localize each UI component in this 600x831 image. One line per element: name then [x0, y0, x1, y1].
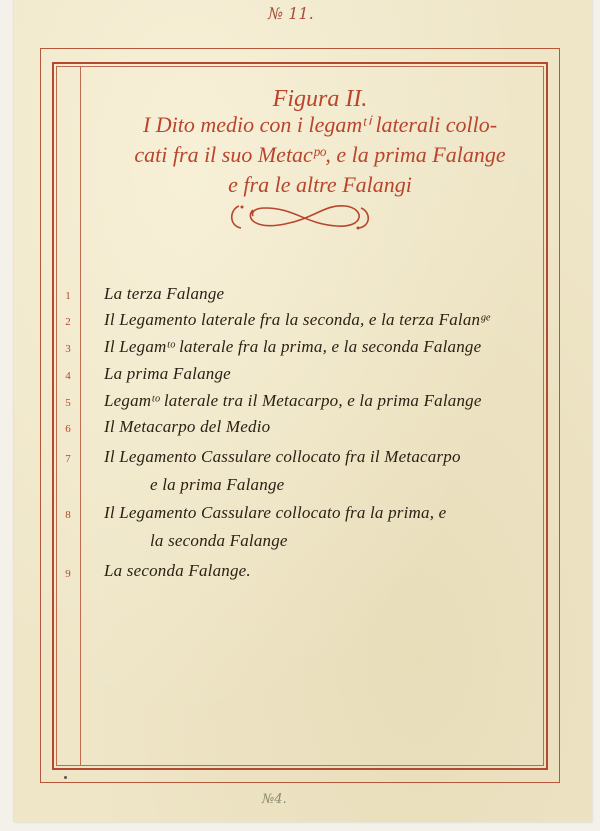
entry-number: 2	[60, 316, 76, 328]
entry-text-continuation: la seconda Falange	[150, 531, 288, 551]
entry-text: Il Legamento Cassulare collocato fra la …	[104, 503, 446, 523]
entry-text: La terza Falange	[104, 284, 224, 304]
entry-number: 7	[60, 453, 76, 465]
entry-number: 9	[60, 568, 76, 580]
inner-frame-rule	[56, 66, 544, 766]
entry-text-continuation: e la prima Falange	[150, 475, 284, 495]
entry-text: Il Legamᵗᵒ laterale fra la prima, e la s…	[104, 337, 481, 357]
figure-heading: Figura II.	[100, 86, 540, 113]
entry-text: Legamᵗᵒ laterale tra il Metacarpo, e la …	[104, 391, 482, 411]
entry-text: Il Metacarpo del Medio	[104, 417, 270, 437]
flourish-ornament-icon	[225, 198, 375, 234]
entry-number: 5	[60, 397, 76, 409]
folio-number-bottom: №4.	[262, 792, 287, 807]
title-line-1: I Dito medio con i legamᵗⁱ laterali coll…	[100, 112, 540, 138]
entry-number: 4	[60, 370, 76, 382]
entry-text: La seconda Falange.	[104, 561, 251, 581]
title-line-3: e fra le altre Falangi	[100, 172, 540, 198]
ink-dot	[64, 776, 67, 779]
entry-number: 8	[60, 509, 76, 521]
entry-number: 1	[60, 290, 76, 302]
entry-number: 3	[60, 343, 76, 355]
folio-number-top: № 11.	[268, 4, 314, 23]
entry-text: Il Legamento Cassulare collocato fra il …	[104, 447, 461, 467]
margin-column-rule	[80, 66, 81, 766]
entry-number: 6	[60, 423, 76, 435]
title-line-2: cati fra il suo Metacᵖᵒ, e la prima Fala…	[100, 142, 540, 168]
entry-text: Il Legamento laterale fra la seconda, e …	[104, 310, 490, 330]
entry-text: La prima Falange	[104, 364, 231, 384]
